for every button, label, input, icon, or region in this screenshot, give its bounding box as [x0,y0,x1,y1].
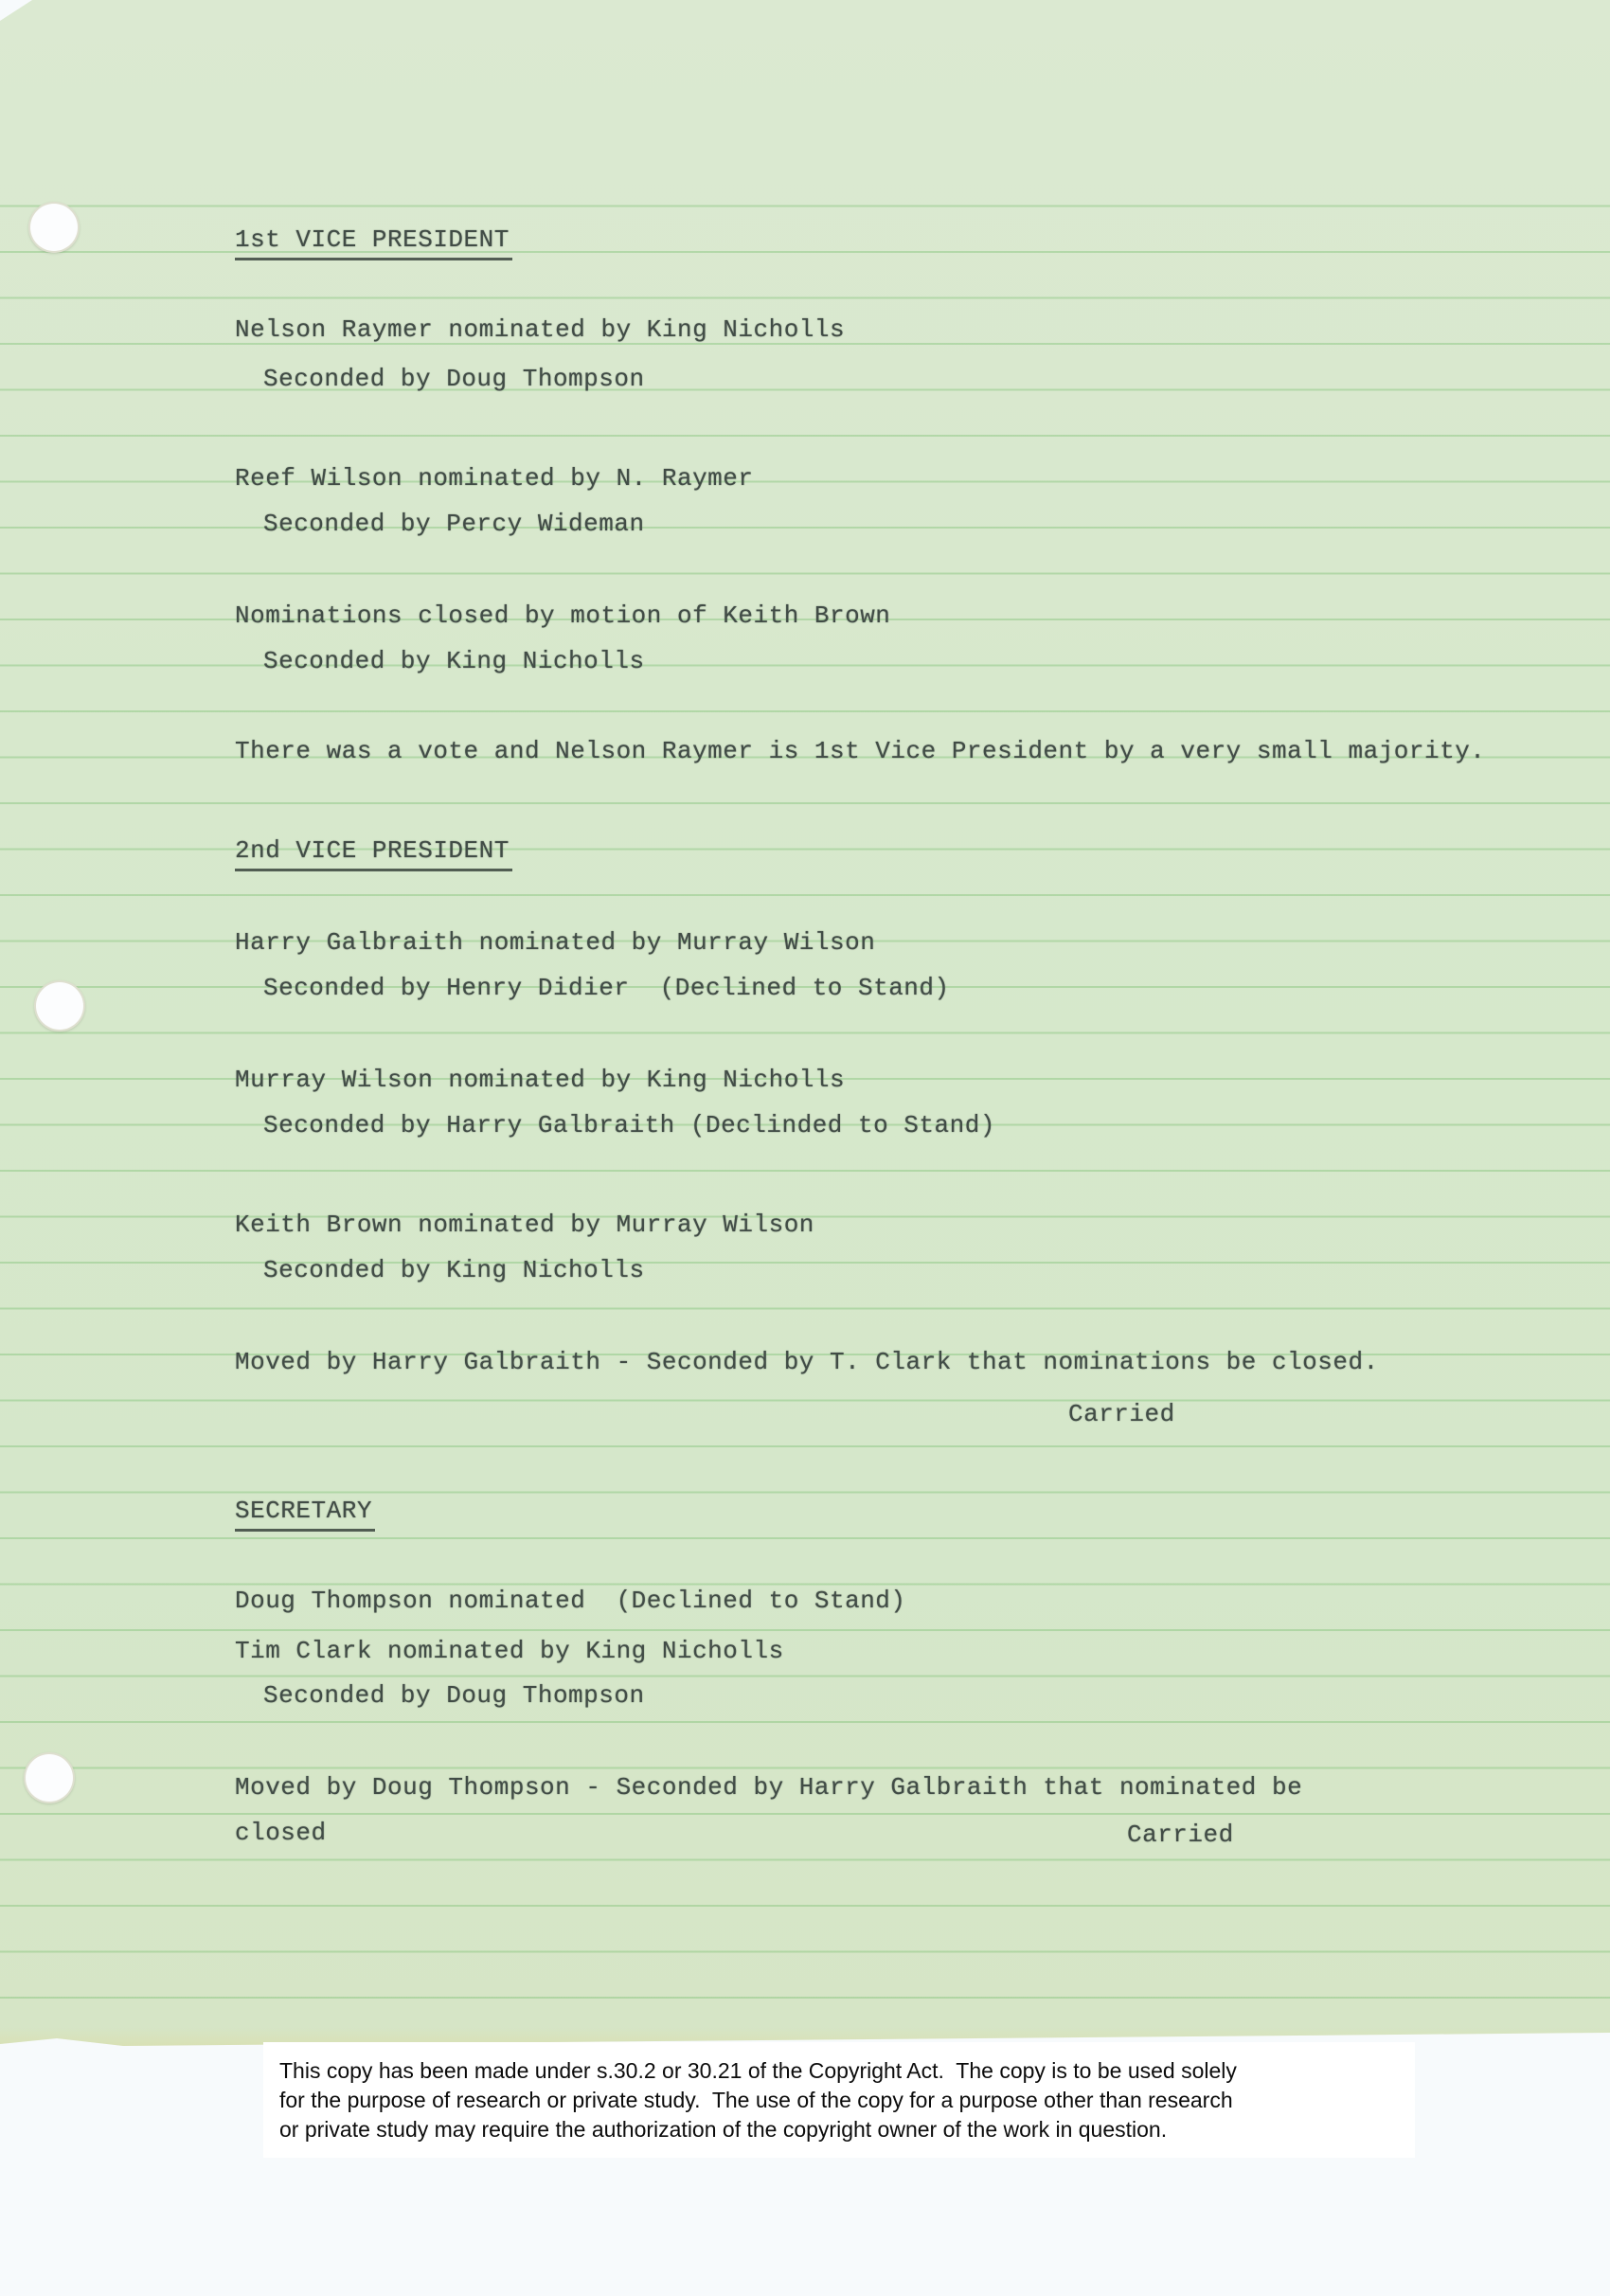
nomination-line: Keith Brown nominated by Murray Wilson [235,1211,814,1239]
seconded-line: Seconded by Doug Thompson [263,1681,645,1710]
section-heading-2nd-vice-president: 2nd VICE PRESIDENT [235,836,512,871]
scanned-page: 1st VICE PRESIDENT Nelson Raymer nominat… [0,0,1610,2296]
carried-label: Carried [1068,1400,1175,1428]
seconded-line: Seconded by King Nicholls [263,647,645,675]
seconded-line: Seconded by Harry Galbraith (Declinded t… [263,1111,995,1139]
nomination-line: Nominations closed by motion of Keith Br… [235,601,890,630]
seconded-line: Seconded by King Nicholls [263,1256,645,1284]
green-lined-paper: 1st VICE PRESIDENT Nelson Raymer nominat… [0,0,1610,2048]
ruled-lines [0,161,1610,2032]
section-heading-secretary: SECRETARY [235,1497,375,1532]
copyright-notice-line: or private study may require the authori… [279,2115,1400,2144]
seconded-line: Seconded by Percy Wideman [263,510,645,538]
motion-line-continued: closed [235,1819,327,1847]
hole-punch-bottom [24,1752,75,1803]
vote-result-line: There was a vote and Nelson Raymer is 1s… [235,737,1485,765]
nomination-line: Nelson Raymer nominated by King Nicholls [235,315,845,344]
seconded-line: Seconded by Doug Thompson [263,365,645,393]
nomination-line: Reef Wilson nominated by N. Raymer [235,464,754,493]
motion-line: Moved by Doug Thompson - Seconded by Har… [235,1773,1302,1802]
seconded-line: Seconded by Henry Didier (Declined to St… [263,974,950,1002]
nomination-line: Harry Galbraith nominated by Murray Wils… [235,928,875,957]
paper-corner-notch [0,0,32,21]
copyright-notice: This copy has been made under s.30.2 or … [263,2042,1415,2158]
nomination-line: Murray Wilson nominated by King Nicholls [235,1066,845,1094]
hole-punch-middle [34,980,85,1031]
carried-label: Carried [1127,1821,1234,1849]
section-heading-1st-vice-president: 1st VICE PRESIDENT [235,225,512,260]
copyright-notice-line: for the purpose of research or private s… [279,2086,1400,2115]
copyright-notice-line: This copy has been made under s.30.2 or … [279,2056,1400,2086]
hole-punch-top [28,202,80,253]
motion-line: Moved by Harry Galbraith - Seconded by T… [235,1348,1379,1376]
nomination-line: Doug Thompson nominated (Declined to Sta… [235,1587,906,1615]
nomination-line: Tim Clark nominated by King Nicholls [235,1637,784,1665]
